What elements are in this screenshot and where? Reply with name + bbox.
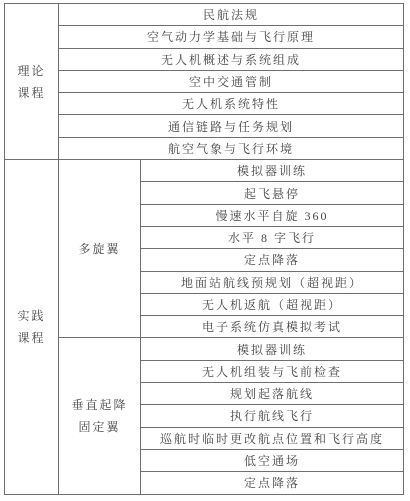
course-cell: 规划起落航线: [141, 383, 404, 405]
table-row: 实践 课程 多旋翼 模拟器训练: [5, 160, 404, 182]
course-cell: 模拟器训练: [141, 160, 404, 182]
table-row: 航空气象与飞行环境: [5, 137, 404, 159]
table-row: 理论 课程 民航法规: [5, 4, 404, 26]
course-cell: 通信链路与任务规划: [59, 115, 404, 137]
course-cell: 定点降落: [141, 249, 404, 271]
course-cell: 模拟器训练: [141, 338, 404, 360]
group-label-vtol-line1: 垂直起降: [61, 394, 138, 416]
course-cell: 起飞悬停: [141, 182, 404, 204]
table-row: 通信链路与任务规划: [5, 115, 404, 137]
course-cell: 执行航线飞行: [141, 405, 404, 427]
table-row: 无人机系统特性: [5, 93, 404, 115]
course-cell: 巡航时临时更改航点位置和飞行高度: [141, 427, 404, 449]
group-label-vtol-line2: 固定翼: [61, 416, 138, 438]
course-cell: 慢速水平自旋 360: [141, 204, 404, 226]
theory-section-label-line1: 理论: [7, 60, 56, 82]
practice-section-label: 实践 课程: [5, 160, 59, 494]
course-cell: 无人机系统特性: [59, 93, 404, 115]
course-cell: 定点降落: [141, 472, 404, 494]
table-row: 无人机概述与系统组成: [5, 48, 404, 70]
group-label-multirotor: 多旋翼: [59, 160, 141, 338]
course-cell: 水平 8 字飞行: [141, 226, 404, 248]
curriculum-table: 理论 课程 民航法规 空气动力学基础与飞行原理 无人机概述与系统组成 空中交通管…: [4, 3, 404, 495]
course-cell: 民航法规: [59, 4, 404, 26]
table-row: 垂直起降 固定翼 模拟器训练: [5, 338, 404, 360]
group-label-vtol-fixed-wing: 垂直起降 固定翼: [59, 338, 141, 494]
curriculum-page: 理论 课程 民航法规 空气动力学基础与飞行原理 无人机概述与系统组成 空中交通管…: [0, 0, 410, 501]
course-cell: 空中交通管制: [59, 70, 404, 92]
course-cell: 电子系统仿真模拟考试: [141, 316, 404, 338]
course-cell: 空气动力学基础与飞行原理: [59, 26, 404, 48]
practice-section-label-line2: 课程: [7, 327, 56, 349]
theory-section-label-line2: 课程: [7, 82, 56, 104]
course-cell: 无人机返航（超视距）: [141, 293, 404, 315]
course-cell: 地面站航线预规划（超视距）: [141, 271, 404, 293]
practice-section-label-line1: 实践: [7, 305, 56, 327]
course-cell: 无人机组装与飞前检查: [141, 360, 404, 382]
course-cell: 无人机概述与系统组成: [59, 48, 404, 70]
theory-section-label: 理论 课程: [5, 4, 59, 160]
table-row: 空气动力学基础与飞行原理: [5, 26, 404, 48]
table-row: 空中交通管制: [5, 70, 404, 92]
course-cell: 航空气象与飞行环境: [59, 137, 404, 159]
course-cell: 低空通场: [141, 449, 404, 471]
